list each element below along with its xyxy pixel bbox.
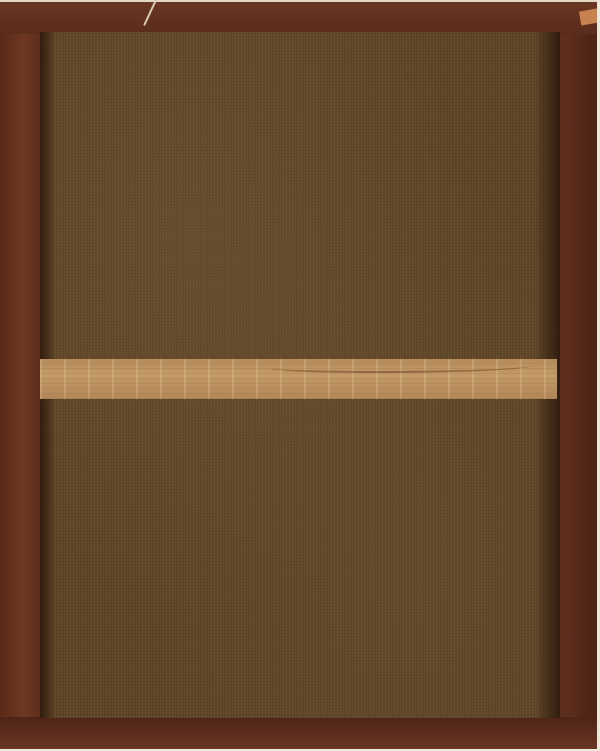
painting-reverse-photo [0,0,600,751]
wood-grain-stain [270,361,530,373]
stretcher-bottom-bar [0,717,598,749]
stretcher-top-bar [0,2,598,34]
stretcher-crossbar [40,359,557,399]
